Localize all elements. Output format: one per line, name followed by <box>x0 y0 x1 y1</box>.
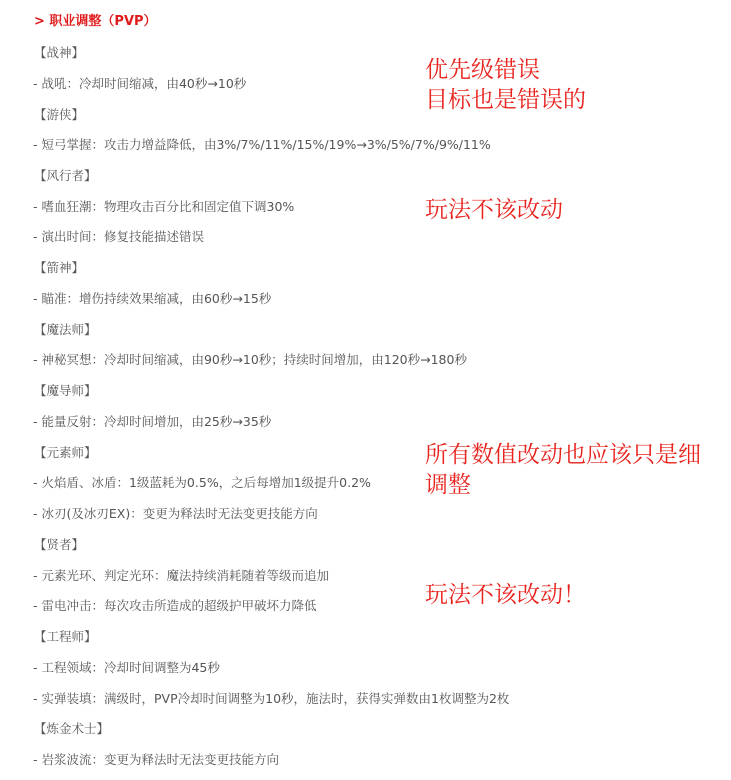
annotation-gameplay-should-not-change-2: 玩法不该改动！ <box>425 580 586 610</box>
class-header-engineer: 【工程师】 <box>34 622 97 652</box>
patch-item: - 神秘冥想：冷却时间缩减，由90秒→10秒；持续时间增加，由120秒→180秒 <box>33 345 467 375</box>
class-header-windwalker: 【风行者】 <box>34 161 97 191</box>
class-header-warlock: 【魔导师】 <box>34 376 97 406</box>
patch-item: - 冰刃(及冰刃EX)：变更为释法时无法变更技能方向 <box>33 499 318 529</box>
annotation-priority-wrong: 优先级错误 目标也是错误的 <box>425 55 586 115</box>
annotation-line: 调整 <box>425 470 731 500</box>
annotation-line: 优先级错误 <box>425 55 586 85</box>
class-header-ranger: 【游侠】 <box>34 100 84 130</box>
annotation-values-fine-tune: 所有数值改动也应该只是细 调整 <box>425 440 731 500</box>
patch-item: - 短弓掌握：攻击力增益降低，由3%/7%/11%/15%/19%→3%/5%/… <box>33 130 491 160</box>
class-header-sorceress: 【魔法师】 <box>34 315 97 345</box>
patch-item: - 嗜血狂潮：物理攻击百分比和固定值下调30% <box>33 192 294 222</box>
patch-item: - 演出时间：修复技能描述错误 <box>33 222 204 252</box>
class-header-elementalist: 【元素师】 <box>34 438 97 468</box>
patch-item: - 战吼：冷却时间缩减，由40秒→10秒 <box>33 69 246 99</box>
annotation-values-fine-tune-clip: 所有数值改动也应该只是细 调整 <box>425 440 731 500</box>
class-header-sage: 【贤者】 <box>34 530 84 560</box>
patch-item: - 元素光环、判定光环：魔法持续消耗随着等级而追加 <box>33 561 329 591</box>
annotation-line: 玩法不该改动 <box>425 195 563 225</box>
patch-item: - 能量反射：冷却时间增加，由25秒→35秒 <box>33 407 271 437</box>
patch-item: - 瞄准：增伤持续效果缩减，由60秒→15秒 <box>33 284 271 314</box>
patch-item: - 火焰盾、冰盾：1级蓝耗为0.5%，之后每增加1级提升0.2% <box>33 468 371 498</box>
class-header-sniper: 【箭神】 <box>34 253 84 283</box>
annotation-gameplay-should-not-change: 玩法不该改动 <box>425 195 563 225</box>
patch-item: - 工程领域：冷却时间调整为45秒 <box>33 653 220 683</box>
section-title-pvp-class-adjustments: > 职业调整（PVP） <box>34 7 157 37</box>
annotation-line: 所有数值改动也应该只是细 <box>425 440 731 470</box>
class-header-alchemist: 【炼金术士】 <box>34 714 109 744</box>
patch-item: - 雷电冲击：每次攻击所造成的超级护甲破坏力降低 <box>33 591 317 621</box>
annotation-line: 玩法不该改动！ <box>425 580 586 610</box>
patch-item: - 岩浆波流：变更为释法时无法变更技能方向 <box>33 745 279 775</box>
annotation-line: 目标也是错误的 <box>425 85 586 115</box>
class-header-warlord: 【战神】 <box>34 38 84 68</box>
patch-item: - 实弹装填：满级时，PVP冷却时间调整为10秒，施法时，获得实弹数由1枚调整为… <box>33 684 509 714</box>
